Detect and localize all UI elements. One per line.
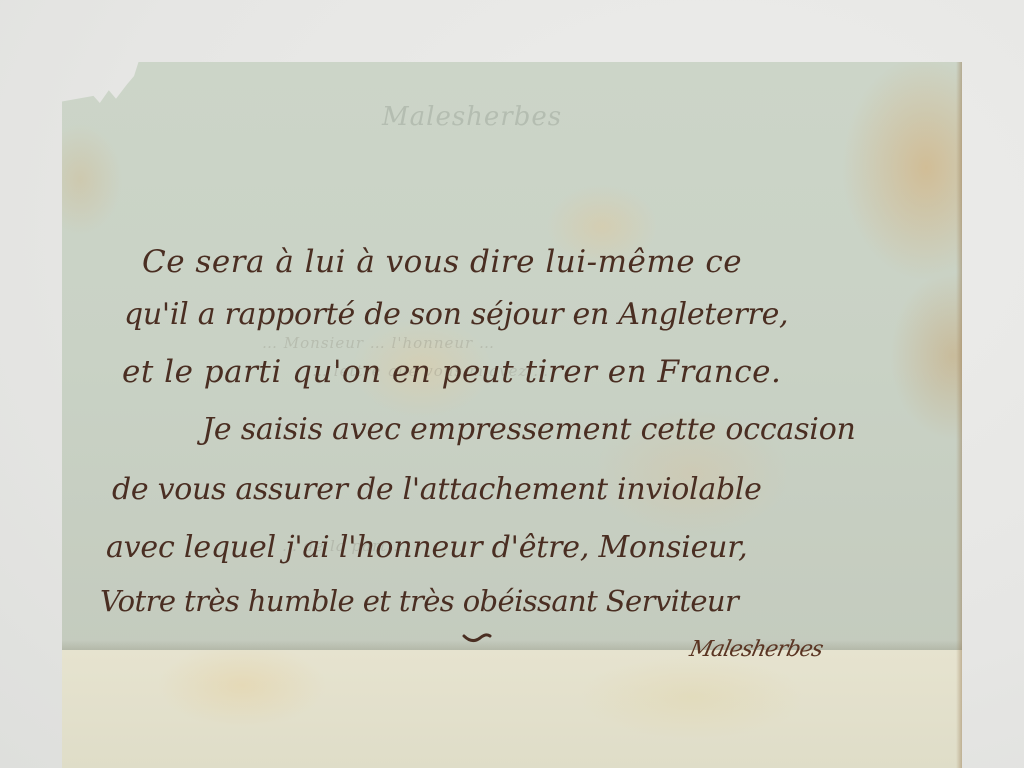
ink-flourish-icon <box>462 630 492 648</box>
paper-right-edge-stain <box>956 62 962 768</box>
faint-header-note: Malesherbes <box>382 102 562 132</box>
paper-lower-panel-below-fold <box>62 650 962 768</box>
signature: Malesherbes <box>687 637 824 662</box>
letter-line-2: qu'il a rapporté de son séjour en Anglet… <box>124 297 788 332</box>
bleed-through-line: … Monsieur … l'honneur … <box>262 334 495 352</box>
letter-line-7: Votre très humble et très obéissant Serv… <box>100 584 738 618</box>
photo-background: Malesherbes 1788 … Monsieur … l'honneur … <box>0 0 1024 768</box>
corner-mark: 1788 <box>68 82 108 98</box>
letter-line-3: et le parti qu'on en peut tirer en Franc… <box>122 354 781 390</box>
letter-line-6: avec lequel j'ai l'honneur d'être, Monsi… <box>106 530 747 565</box>
letter-line-4: Je saisis avec empressement cette occasi… <box>202 412 856 447</box>
letter-line-5: de vous assurer de l'attachement inviola… <box>112 472 762 507</box>
letter-paper: Malesherbes 1788 … Monsieur … l'honneur … <box>62 62 962 768</box>
letter-line-1: Ce sera à lui à vous dire lui-même ce <box>142 244 742 280</box>
